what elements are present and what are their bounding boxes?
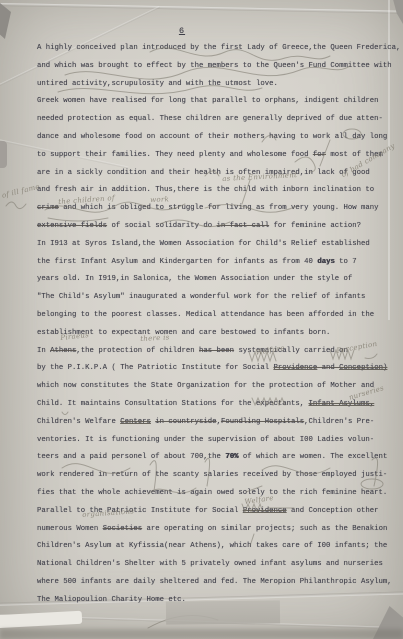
typed-text-segment: ventories. It is functioning under the s…: [37, 436, 374, 444]
typed-text-segment: which now constitutes the State Organiza…: [37, 382, 374, 390]
typed-text-segment-marked: Conception): [339, 364, 387, 372]
typed-text-segment: A highly conceived plan introduced by th…: [37, 44, 400, 52]
typed-line: Children's Welfare Centers in countrysid…: [37, 414, 399, 432]
typed-text-segment: and Conception other: [287, 507, 379, 515]
typed-text-segment: Children's Welfare: [37, 418, 120, 426]
typed-text-segment: are operating on similar projects; such …: [142, 525, 387, 533]
page-number: 6: [160, 26, 204, 36]
typed-line: Greek women have realised for long that …: [37, 93, 399, 111]
typed-text-segment: Children's Asylum at Kyfissia(near Athen…: [37, 542, 387, 550]
typed-line: National Children's Shelter with 5 priva…: [37, 556, 399, 574]
typed-text-segment: most of them: [326, 151, 383, 159]
typed-line: to support their families. They need ple…: [37, 147, 399, 165]
typed-line: by the P.I.K.P.A ( The Patriotic Institu…: [37, 360, 399, 378]
typed-text-segment: by the P.I.K.P.A ( The Patriotic Institu…: [37, 364, 273, 372]
typed-text-segment-marked: Athens: [50, 347, 76, 355]
typed-line: A highly conceived plan introduced by th…: [37, 40, 399, 58]
typed-text-segment: numerous Women: [37, 525, 103, 533]
typed-text-segment: teers and a paid personel of about 700,t…: [37, 453, 225, 461]
typed-line: work rendered in return of the scanty sa…: [37, 467, 399, 485]
typed-line: and which was brought to effect by the m…: [37, 58, 399, 76]
typed-text-segment: and which was brought to effect by the m…: [37, 62, 392, 70]
typed-line: In I913 at Syros Island,the Women Associ…: [37, 236, 399, 254]
typed-text-segment: belonging to the poorest classes. Medica…: [37, 311, 374, 319]
typed-text-segment: "The Child's Asylum" inaugurated a wonde…: [37, 293, 365, 301]
typed-text-segment-marked: Providence: [273, 364, 317, 372]
typed-text-segment-marked: 70%: [225, 453, 238, 461]
typed-text-segment-marked: days: [317, 258, 335, 266]
typed-line: extensive fields of social solidarity do…: [37, 218, 399, 236]
typed-text-segment: the first Infant Asylum and Kindergarten…: [37, 258, 317, 266]
typed-text-segment: In: [37, 347, 50, 355]
typed-line: Children's Asylum at Kyfissia(near Athen…: [37, 538, 399, 556]
typed-line: teers and a paid personel of about 700,t…: [37, 449, 399, 467]
typed-text-segment: to support their families. They need ple…: [37, 151, 313, 159]
tape-mark: [166, 600, 280, 624]
typed-line: the first Infant Asylum and Kindergarten…: [37, 254, 399, 272]
typed-text-segment: establishment to expectant women and car…: [37, 329, 330, 337]
typed-line: years old. In I919,in Salonica, the Wome…: [37, 271, 399, 289]
typed-text-segment: work rendered in return of the scanty sa…: [37, 471, 387, 479]
typed-line: Parallel to the Patriotic Institute for …: [37, 503, 399, 521]
typed-line: Child. It maintains Consultation Station…: [37, 396, 399, 414]
typed-text-segment: ,Children's Pre-: [304, 418, 374, 426]
typed-text-segment: of social solidarity do: [107, 222, 216, 230]
typed-text-segment-marked: crime: [37, 204, 59, 212]
typed-text-segment-marked: extensive fields: [37, 222, 107, 230]
typed-text-segment: The Maliopoulion Charity Home etc.: [37, 596, 186, 604]
typed-line: untired activity,scrupulosity and with t…: [37, 76, 399, 94]
typed-line: "The Child's Asylum" inaugurated a wonde…: [37, 289, 399, 307]
typed-line: ventories. It is functioning under the s…: [37, 432, 399, 450]
typed-text: A highly conceived plan introduced by th…: [37, 40, 399, 610]
typed-text-segment: Greek women have realised for long that …: [37, 97, 379, 105]
typed-line: crime and which is obliged to struggle f…: [37, 200, 399, 218]
typed-text-segment: In I913 at Syros Island,the Women Associ…: [37, 240, 370, 248]
typed-text-segment: and fresh air in addition. Thus,there is…: [37, 186, 374, 194]
scanned-page: { "page": { "number": "6" }, "document":…: [0, 0, 403, 639]
typed-text-segment: Child. It maintains Consultation Station…: [37, 400, 309, 408]
typed-text-segment: and which is obliged to struggle for liv…: [59, 204, 379, 212]
typed-text-segment-marked: Infant Asylums,: [309, 400, 375, 408]
typed-text-segment: National Children's Shelter with 5 priva…: [37, 560, 383, 568]
typed-text-segment-marked: Providence: [243, 507, 287, 515]
typed-text-segment-marked: in countryside: [155, 418, 216, 426]
typed-text-segment: of which are women. The excellent: [238, 453, 387, 461]
typed-text-segment-marked: Societies: [103, 525, 142, 533]
typed-text-segment-marked: Centers: [120, 418, 151, 426]
typed-line: and fresh air in addition. Thus,there is…: [37, 182, 399, 200]
typed-text-segment: untired activity,scrupulosity and with t…: [37, 80, 278, 88]
typed-text-segment: where 500 infants are daily sheltered an…: [37, 578, 392, 586]
typed-text-segment: fies that the whole achievement is again…: [37, 489, 387, 497]
typed-text-segment: years old. In I919,in Salonica, the Wome…: [37, 275, 352, 283]
typed-line: which now constitutes the State Organiza…: [37, 378, 399, 396]
typed-line: fies that the whole achievement is again…: [37, 485, 399, 503]
typed-text-segment: systematically carried on: [234, 347, 348, 355]
typed-text-segment: Parallel to the Patriotic Institute for …: [37, 507, 243, 515]
typed-line: establishment to expectant women and car…: [37, 325, 399, 343]
typed-text-segment-marked: has been: [199, 347, 234, 355]
typed-text-segment-marked: Foundling Hospitals: [221, 418, 304, 426]
typed-text-segment: for feminine action?: [269, 222, 361, 230]
typed-text-segment-marked: and: [317, 364, 339, 372]
typed-line: numerous Women Societies are operating o…: [37, 521, 399, 539]
typed-text-segment: ,the protection of children: [76, 347, 199, 355]
typed-line: In Athens,the protection of children has…: [37, 343, 399, 361]
typed-text-segment: to 7: [335, 258, 357, 266]
typed-text-segment: are in a sickly condition and their heal…: [37, 169, 370, 177]
typed-text-segment: needed protection as equal. These childr…: [37, 115, 383, 123]
typed-text-segment-marked: in fact call: [217, 222, 270, 230]
typed-line: needed protection as equal. These childr…: [37, 111, 399, 129]
typed-line: belonging to the poorest classes. Medica…: [37, 307, 399, 325]
typed-line: dance and wholesome food on account of t…: [37, 129, 399, 147]
page-bottom-shadow: [0, 629, 403, 639]
typed-text-segment: dance and wholesome food on account of t…: [37, 133, 387, 141]
typed-line: are in a sickly condition and their heal…: [37, 165, 399, 183]
typed-line: where 500 infants are daily sheltered an…: [37, 574, 399, 592]
typed-text-segment-marked: for: [313, 151, 326, 159]
